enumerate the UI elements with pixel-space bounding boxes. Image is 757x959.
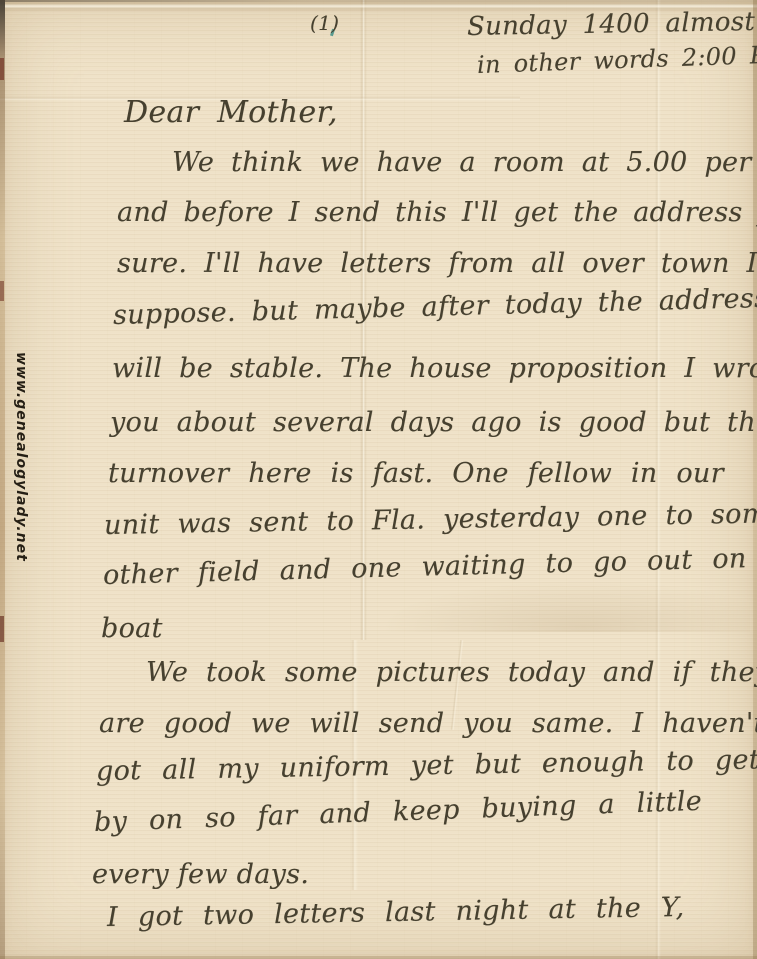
- watermark: www.genealogylady.net: [13, 352, 29, 594]
- scan-artifact: [0, 616, 4, 642]
- date-line: Sunday 1400 almost: [467, 5, 756, 44]
- handwritten-line: turnover here is fast. One fellow in our: [108, 457, 724, 491]
- letter-page: www.genealogylady.net (1) Sunday 1400 al…: [0, 0, 757, 959]
- handwritten-line: and before I send this I'll get the addr…: [117, 196, 757, 230]
- handwritten-line: unit was sent to Fla. yesterday one to s…: [104, 497, 757, 543]
- scan-artifact: [0, 58, 4, 80]
- handwritten-line: boat: [101, 612, 163, 646]
- handwritten-line: We took some pictures today and if they: [146, 656, 757, 690]
- handwritten-line: by on so far and keep buying a little: [93, 785, 702, 840]
- handwritten-line: are good we will send you same. I haven'…: [99, 707, 757, 741]
- paper-edge-shadow: [0, 0, 5, 959]
- handwritten-line: every few days.: [92, 858, 309, 892]
- salutation: Dear Mother,: [124, 96, 338, 130]
- handwritten-line: you about several days ago is good but t…: [110, 406, 757, 440]
- scan-artifact: [0, 281, 4, 301]
- handwritten-line: suppose. but maybe after today the addre…: [113, 282, 757, 333]
- handwritten-line: got all my uniform yet but enough to get: [96, 743, 757, 789]
- handwritten-line: sure. I'll have letters from all over to…: [117, 247, 757, 281]
- handwritten-line: will be stable. The house proposition I …: [112, 352, 757, 386]
- paper-edge-shadow: [0, 0, 757, 2]
- handwritten-line: I got two letters last night at the Y,: [107, 891, 685, 935]
- paper-edge-shadow: [753, 0, 757, 959]
- handwritten-line: other field and one waiting to go out on: [103, 542, 747, 593]
- fold-shadow: [380, 580, 750, 632]
- handwritten-line: We think we have a room at 5.00 per week: [172, 146, 757, 180]
- date-line: in other words 2:00 P.M.: [476, 37, 757, 82]
- page-number: (1): [310, 6, 339, 40]
